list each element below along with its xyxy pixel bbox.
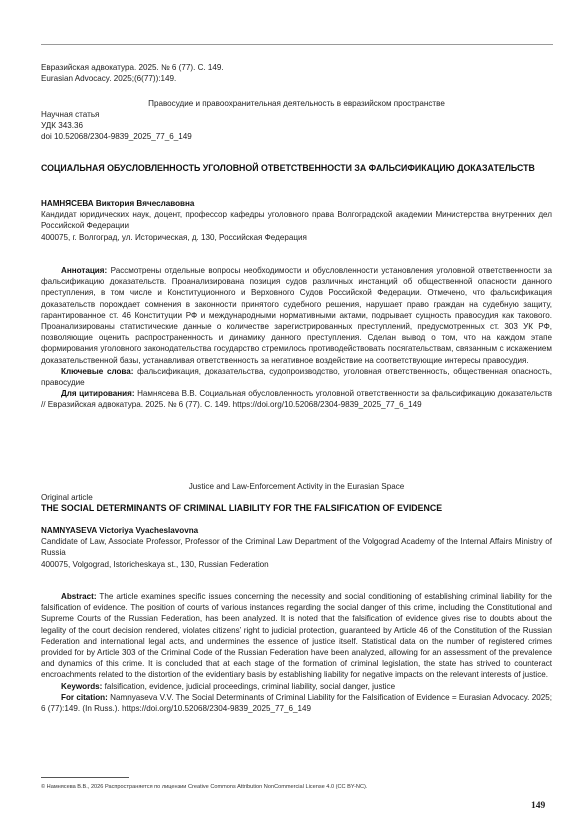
keywords-ru: Ключевые слова: фальсификация, доказател… — [41, 366, 552, 388]
article-type-ru: Научная статья — [41, 109, 552, 120]
citation-en: Eurasian Advocacy. 2025;(6(77)):149. — [41, 73, 552, 84]
affiliation-en: Candidate of Law, Associate Professor, P… — [41, 536, 552, 558]
footnote-rule — [41, 777, 129, 778]
author-block-ru: НАМНЯСЕВА Виктория Вячеславовна Кандидат… — [41, 198, 552, 243]
journal-citation: Евразийская адвокатура. 2025. № 6 (77). … — [41, 62, 552, 84]
abstract-block-en: Abstract: The article examines specific … — [41, 591, 552, 714]
for-citation-label-ru: Для цитирования: — [61, 389, 135, 398]
abstract-block-ru: Аннотация: Рассмотрены отдельные вопросы… — [41, 265, 552, 411]
article-title-ru: СОЦИАЛЬНАЯ ОБУСЛОВЛЕННОСТЬ УГОЛОВНОЙ ОТВ… — [41, 162, 552, 175]
for-citation-en: For citation: Namnyaseva V.V. The Social… — [41, 692, 552, 714]
article-title-en: THE SOCIAL DETERMINANTS OF CRIMINAL LIAB… — [41, 502, 552, 515]
for-citation-label-en: For citation: — [61, 693, 108, 702]
author-name-ru: НАМНЯСЕВА Виктория Вячеславовна — [41, 199, 194, 208]
citation-ru: Евразийская адвокатура. 2025. № 6 (77). … — [41, 62, 552, 73]
keywords-label-en: Keywords: — [61, 682, 102, 691]
for-citation-ru: Для цитирования: Намнясева В.В. Социальн… — [41, 388, 552, 410]
page-number: 149 — [531, 801, 545, 812]
abstract-label-en: Abstract: — [61, 592, 97, 601]
for-citation-text-en: Namnyaseva V.V. The Social Determinants … — [41, 693, 552, 713]
abstract-ru: Аннотация: Рассмотрены отдельные вопросы… — [41, 265, 552, 366]
article-meta-ru: Научная статья УДК 343.36 doi 10.52068/2… — [41, 109, 552, 143]
abstract-text-ru: Рассмотрены отдельные вопросы необходимо… — [41, 266, 552, 365]
keywords-label-ru: Ключевые слова: — [61, 367, 134, 376]
doi[interactable]: doi 10.52068/2304-9839_2025_77_6_149 — [41, 131, 552, 142]
address-en: 400075, Volgograd, Istoricheskaya st., 1… — [41, 559, 552, 570]
header-rule — [41, 44, 553, 45]
affiliation-ru: Кандидат юридических наук, доцент, профе… — [41, 209, 552, 231]
keywords-text-en: falsification, evidence, judicial procee… — [102, 682, 395, 691]
abstract-text-en: The article examines specific issues con… — [41, 592, 552, 679]
section-en: Justice and Law-Enforcement Activity in … — [41, 481, 552, 492]
license-footnote: © Намнясева В.В., 2026 Распространяется … — [41, 782, 367, 793]
author-block-en: NAMNYASEVA Victoriya Vyacheslavovna Cand… — [41, 525, 552, 570]
udc: УДК 343.36 — [41, 120, 552, 131]
abstract-en: Abstract: The article examines specific … — [41, 591, 552, 681]
address-ru: 400075, г. Волгоград, ул. Историческая, … — [41, 232, 552, 243]
section-ru: Правосудие и правоохранительная деятельн… — [41, 98, 552, 109]
abstract-label-ru: Аннотация: — [61, 266, 107, 275]
author-name-en: NAMNYASEVA Victoriya Vyacheslavovna — [41, 526, 198, 535]
keywords-en: Keywords: falsification, evidence, judic… — [41, 681, 552, 692]
